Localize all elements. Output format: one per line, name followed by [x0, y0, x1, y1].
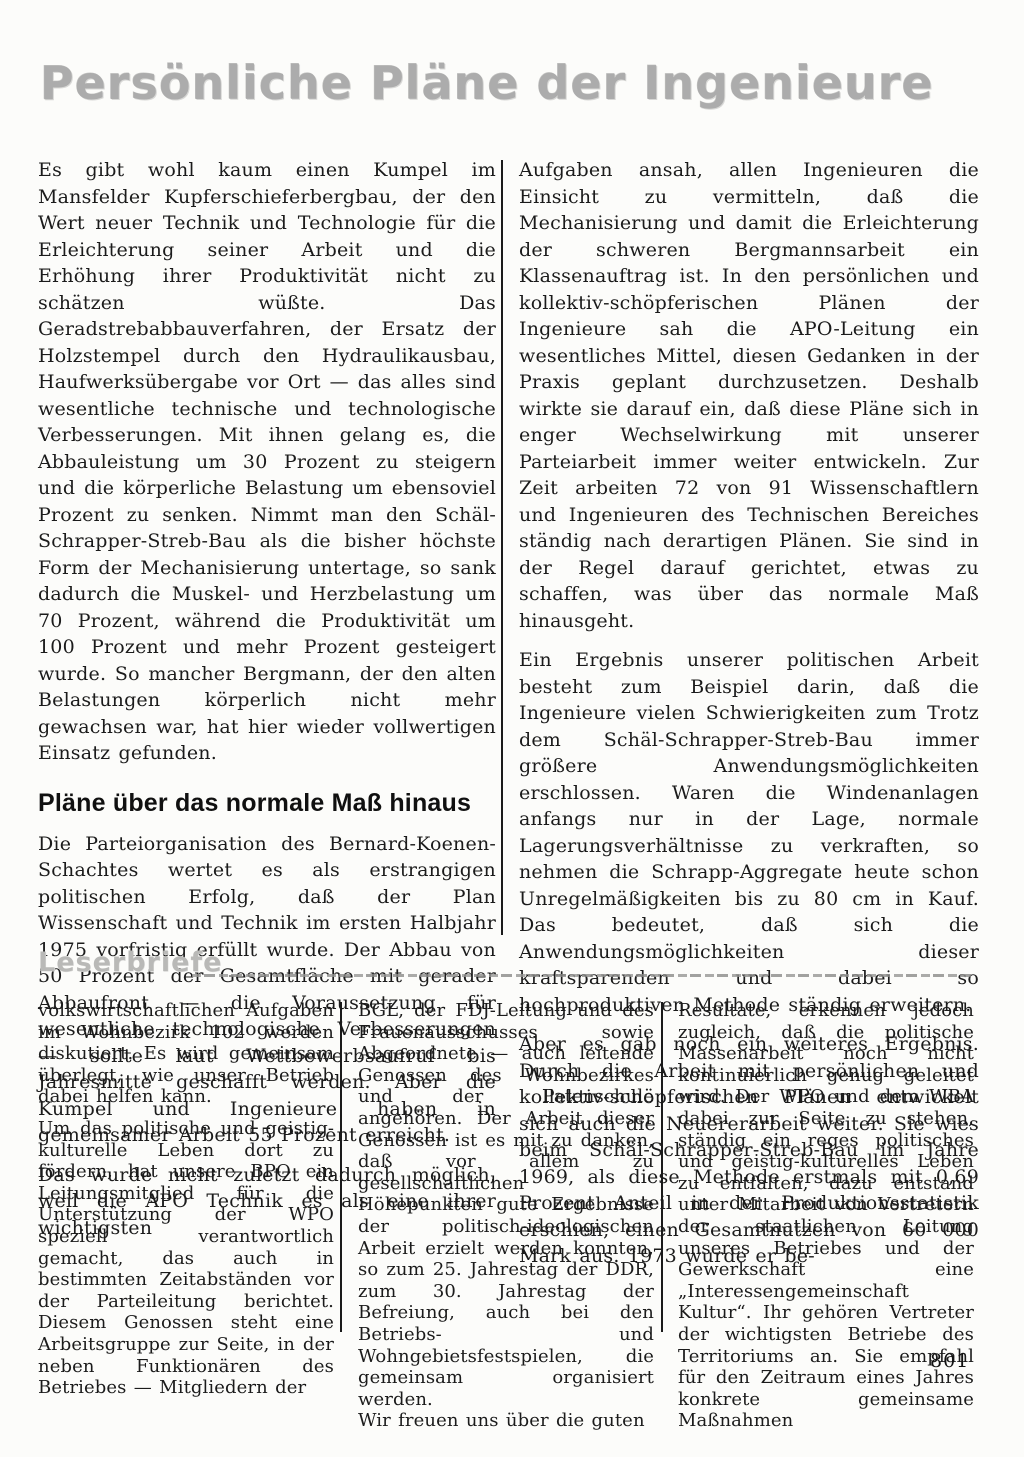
article-paragraph: Aufgaben ansah, allen Ingenieuren die Ei… — [519, 157, 979, 634]
letters-column-1: volkswirtschaftlichen Aufgaben im Wohnbe… — [38, 1000, 334, 1399]
letters-column-divider-1 — [340, 1002, 342, 1332]
page-number: 801 — [930, 1350, 969, 1372]
letters-column-divider-2 — [661, 1002, 663, 1332]
section-heading: Pläne über das normale Maß hinaus — [38, 789, 496, 817]
scanned-magazine-page: Persönliche Pläne der Ingenieure Es gibt… — [0, 0, 1024, 1457]
letter-paragraph: BGL, der FDJ-Leitung und des Frauenaussc… — [358, 1000, 654, 1410]
letter-paragraph: Um das politische und geistig-kulturelle… — [38, 1118, 334, 1399]
letters-column-2: BGL, der FDJ-Leitung und des Frauenaussc… — [358, 1000, 654, 1432]
page-title: Persönliche Pläne der Ingenieure — [40, 60, 934, 106]
letter-paragraph: Wir freuen uns über die guten — [358, 1410, 654, 1432]
article-paragraph: Es gibt wohl kaum einen Kumpel im Mansfe… — [38, 157, 496, 767]
main-column-divider — [501, 160, 503, 935]
letter-paragraph: volkswirtschaftlichen Aufgaben im Wohnbe… — [38, 1000, 334, 1108]
letters-divider-line — [192, 974, 972, 977]
article-paragraph: Ein Ergebnis unserer politischen Arbeit … — [519, 647, 979, 1018]
